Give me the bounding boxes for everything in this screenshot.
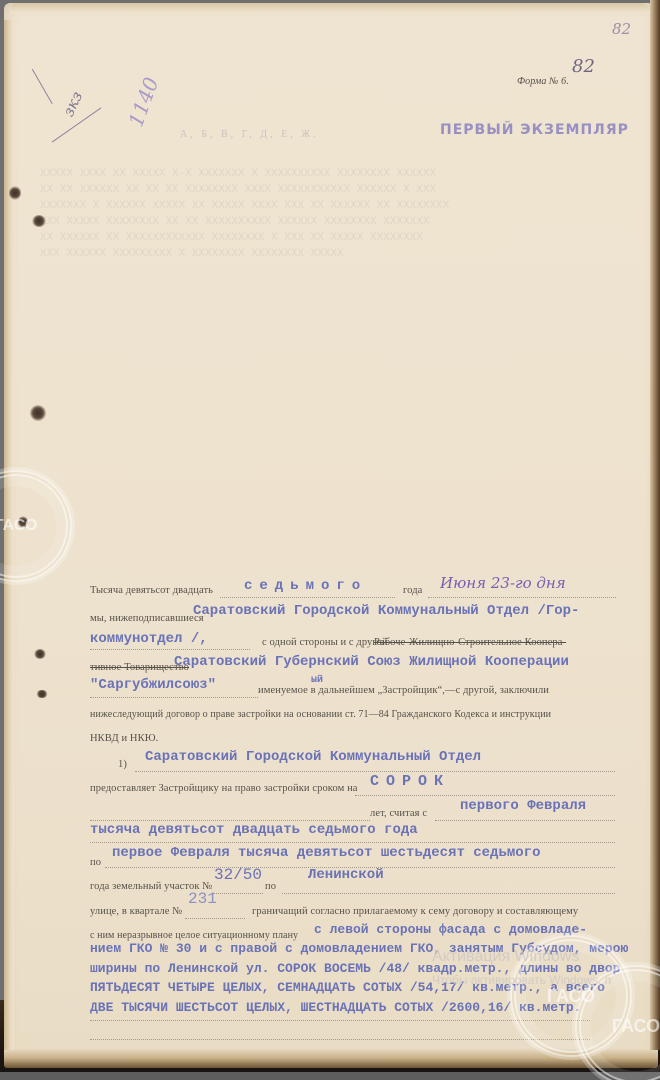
printed-text: по (265, 881, 276, 892)
printed-text: по (90, 857, 101, 868)
typed-bounds-line: с левой стороны фасада с домовладе- (314, 922, 587, 937)
typed-party-1: Саратовский Городской Коммунальный Отдел… (193, 603, 579, 619)
handwritten-date: Июня 23-го дня (440, 574, 566, 592)
typed-party-1-clause: Саратовский Городской Коммунальный Отдел (145, 749, 481, 765)
typed-bounds-line: ДВЕ ТЫСЯЧИ ШЕСТЬСОТ ЦЕЛЫХ, ШЕСТНАДЦАТЬ С… (90, 1000, 581, 1015)
printed-text: с ним неразрывное целое ситуационному пл… (90, 930, 298, 941)
printed-text: нижеследующий договор о праве застройки … (90, 709, 551, 720)
fill-line (90, 1039, 590, 1040)
fill-line (90, 649, 250, 650)
form-number-handwritten: 82 (572, 56, 595, 77)
fill-line (355, 795, 615, 796)
fill-line (90, 842, 615, 843)
typed-party-1-cont: коммунотдел /, (90, 631, 208, 647)
struck-printed-text: Рабоче-Жилищно-Строительное Коопера- (374, 637, 566, 648)
typed-year: седьмого (244, 578, 367, 594)
fill-line (435, 820, 615, 821)
fill-line (428, 597, 616, 598)
faint-print-line: А, Б, В, Г, Д, Е, Ж. (180, 129, 319, 140)
bleed-through-text: ХХХХХХХХ ХХХХХ ХХ ХХХ Х ХХХХХХХХ ХХХХХХХ… (40, 232, 423, 244)
bottom-band (0, 1072, 660, 1080)
fill-line (135, 771, 615, 772)
printed-text: мы, нижеподписавшиеся (90, 613, 204, 624)
fill-line (90, 697, 258, 698)
punch-hole (30, 405, 46, 421)
fill-line (90, 820, 370, 821)
printed-text: НКВД и НКЮ. (90, 733, 158, 744)
printed-text: с одной стороны и с другой (262, 637, 388, 648)
windows-activation-title: Активация Windows (432, 948, 579, 966)
typed-street: Ленинской (308, 867, 384, 883)
fill-line (282, 893, 615, 894)
bleed-through-text: ХХХХХХХХ ХХ ХХХХХХ ХХ ХХХ ХХХХ ХХХХХ ХХ … (40, 200, 449, 212)
typed-quarter-number: 231 (188, 890, 217, 908)
bleed-through-text: ХХХХХХ ХХХХХХХХ ХХХХХХХХХХ Х ХХХХХХХ Х-Х… (40, 168, 436, 180)
right-page-edge (650, 0, 660, 1050)
typed-end-date: первое Февраля тысяча девятьсот шестьдес… (112, 845, 540, 861)
sheet-number-pencil: 82 (612, 20, 631, 38)
clause-number: 1) (118, 759, 127, 770)
typed-term: СОРОК (370, 773, 450, 790)
seal-text: ГАСО (612, 1016, 660, 1037)
printed-text: именуемое в дальнейшем „Застройщик“,—с д… (258, 685, 549, 696)
printed-text: Тысяча девятьсот двадцать (90, 585, 213, 596)
top-page-edge (10, 3, 650, 13)
punch-hole (9, 186, 21, 200)
first-copy-stamp: ПЕРВЫЙ ЭКЗЕМПЛЯР (440, 122, 629, 138)
fill-line (185, 918, 245, 919)
bleed-through-text: ХХХ Х ХХХХХХ ХХХХХХХХХХХ ХХХХ ХХХХХХХХ Х… (40, 184, 436, 196)
printed-text: года (403, 585, 422, 596)
seal-text: ГАСО (0, 517, 37, 535)
typed-party-2: Саратовский Губернский Союз Жилищной Коо… (174, 654, 569, 670)
punch-hole (36, 690, 48, 698)
typed-start-date: первого Февраля (460, 798, 586, 814)
printed-text: лет, считая с (370, 808, 427, 819)
form-label: Форма № 6. (517, 76, 569, 87)
document-page (4, 3, 658, 1063)
printed-text: предоставляет Застройщику на право застр… (90, 783, 358, 794)
windows-activation-subtitle: Чтобы активировать Windows, п (432, 973, 611, 987)
printed-text: граничащий согласно прилагаемому к сему … (252, 906, 578, 917)
typed-plot-number: 32/50 (214, 866, 262, 884)
bleed-through-text: ХХХХХ ХХХХХХХХ ХХХХХХХХ Х ХХХХХХХХХ ХХХХ… (40, 248, 344, 260)
fill-line (220, 597, 395, 598)
typed-party-2-short: "Саргубжилсоюз" (90, 677, 216, 693)
punch-hole (34, 649, 46, 659)
typed-start-year: тысяча девятьсот двадцать седьмого года (90, 822, 418, 838)
bleed-through-text: ХХХХХХХ ХХХХХХХХ ХХХХХХ ХХХХХХХХХХ ХХ ХХ… (40, 216, 429, 228)
fill-line (213, 893, 263, 894)
printed-text: улице, в квартале № (90, 906, 182, 917)
punch-hole (32, 215, 46, 227)
